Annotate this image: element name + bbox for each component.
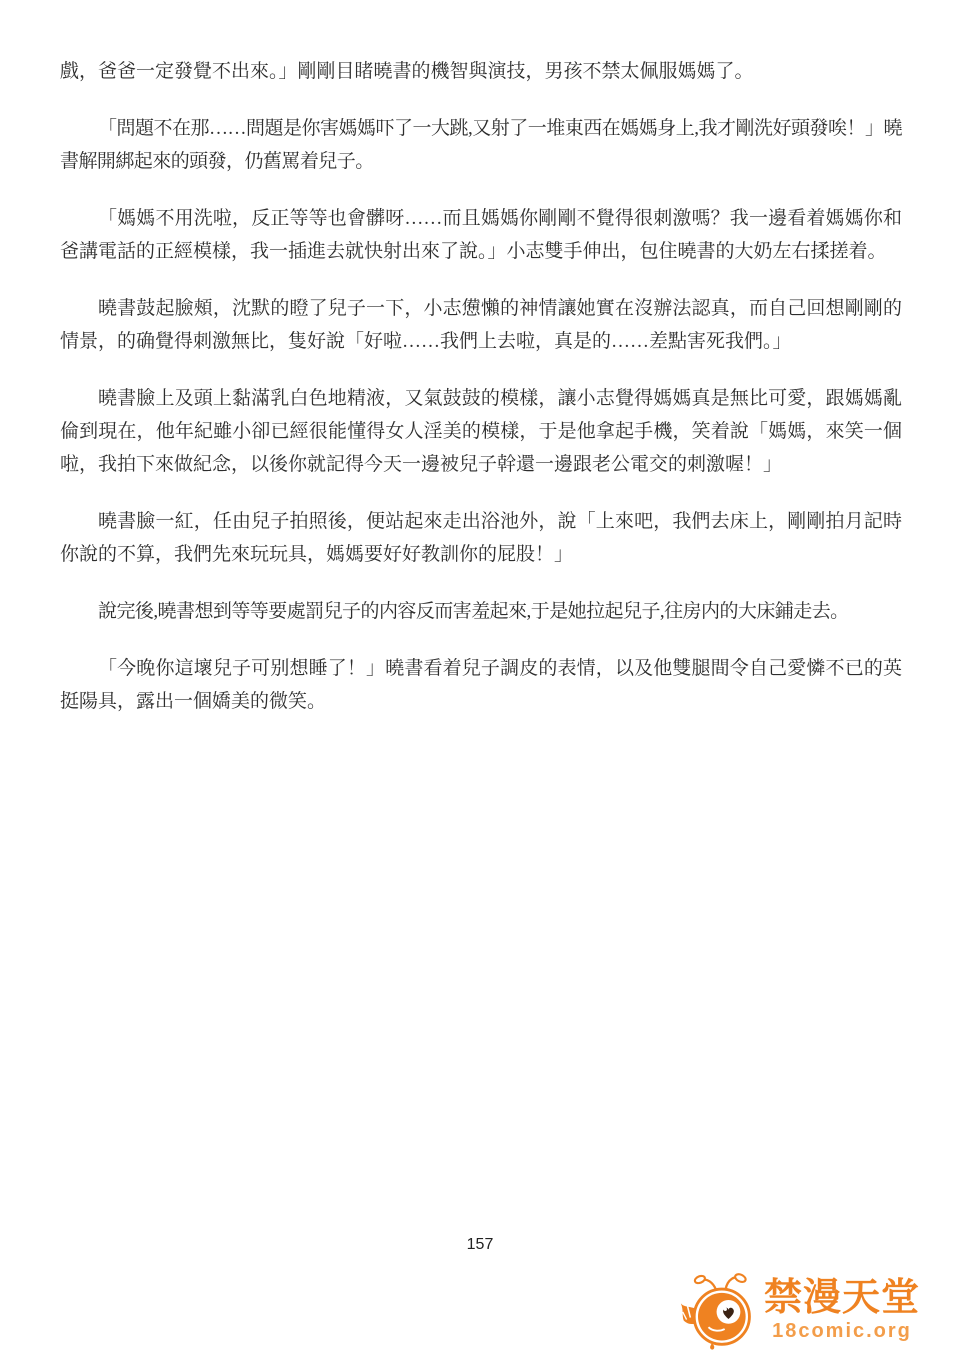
paragraph: 「問題不在那……問題是你害媽媽吓了一大跳,又射了一堆東西在媽媽身上,我才剛洗好頭… bbox=[60, 112, 902, 178]
paragraph: 「今晚你這壞兒子可别想睡了！」曉書看着兒子調皮的表情，以及他雙腿間令自己愛憐不已… bbox=[60, 652, 902, 718]
watermark-brand: 禁漫天堂 bbox=[764, 1279, 920, 1317]
paragraph: 曉書臉一紅，任由兒子拍照後，便站起來走出浴池外，說「上來吧，我們去床上，剛剛拍月… bbox=[60, 505, 902, 571]
page-number: 157 bbox=[0, 1236, 960, 1254]
paragraph: 曉書鼓起臉頰，沈默的瞪了兒子一下，小志憊懶的神情讓她實在沒辦法認真，而自己回想剛… bbox=[60, 292, 902, 358]
paragraph: 說完後,曉書想到等等要處罰兒子的内容反而害羞起來,于是她拉起兒子,往房内的大床鋪… bbox=[60, 595, 902, 628]
watermark-logo: 禁漫天堂 18comic.org bbox=[679, 1270, 920, 1350]
watermark-text: 禁漫天堂 18comic.org bbox=[764, 1279, 920, 1341]
watermark-url: 18comic.org bbox=[772, 1321, 912, 1341]
paragraph-list: 戲，爸爸一定發覺不出來。」剛剛目睹曉書的機智與演技，男孩不禁太佩服媽媽了。「問題… bbox=[60, 55, 902, 742]
paragraph: 曉書臉上及頭上黏滿乳白色地精液，又氣鼓鼓的模樣，讓小志覺得媽媽真是無比可愛，跟媽… bbox=[60, 382, 902, 481]
paragraph: 戲，爸爸一定發覺不出來。」剛剛目睹曉書的機智與演技，男孩不禁太佩服媽媽了。 bbox=[60, 55, 902, 88]
paragraph: 「媽媽不用洗啦，反正等等也會髒呀……而且媽媽你剛剛不覺得很刺激嗎？我一邊看着媽媽… bbox=[60, 202, 902, 268]
document-page: 戲，爸爸一定發覺不出來。」剛剛目睹曉書的機智與演技，男孩不禁太佩服媽媽了。「問題… bbox=[0, 0, 960, 1357]
18comic-mascot-icon bbox=[679, 1270, 757, 1350]
